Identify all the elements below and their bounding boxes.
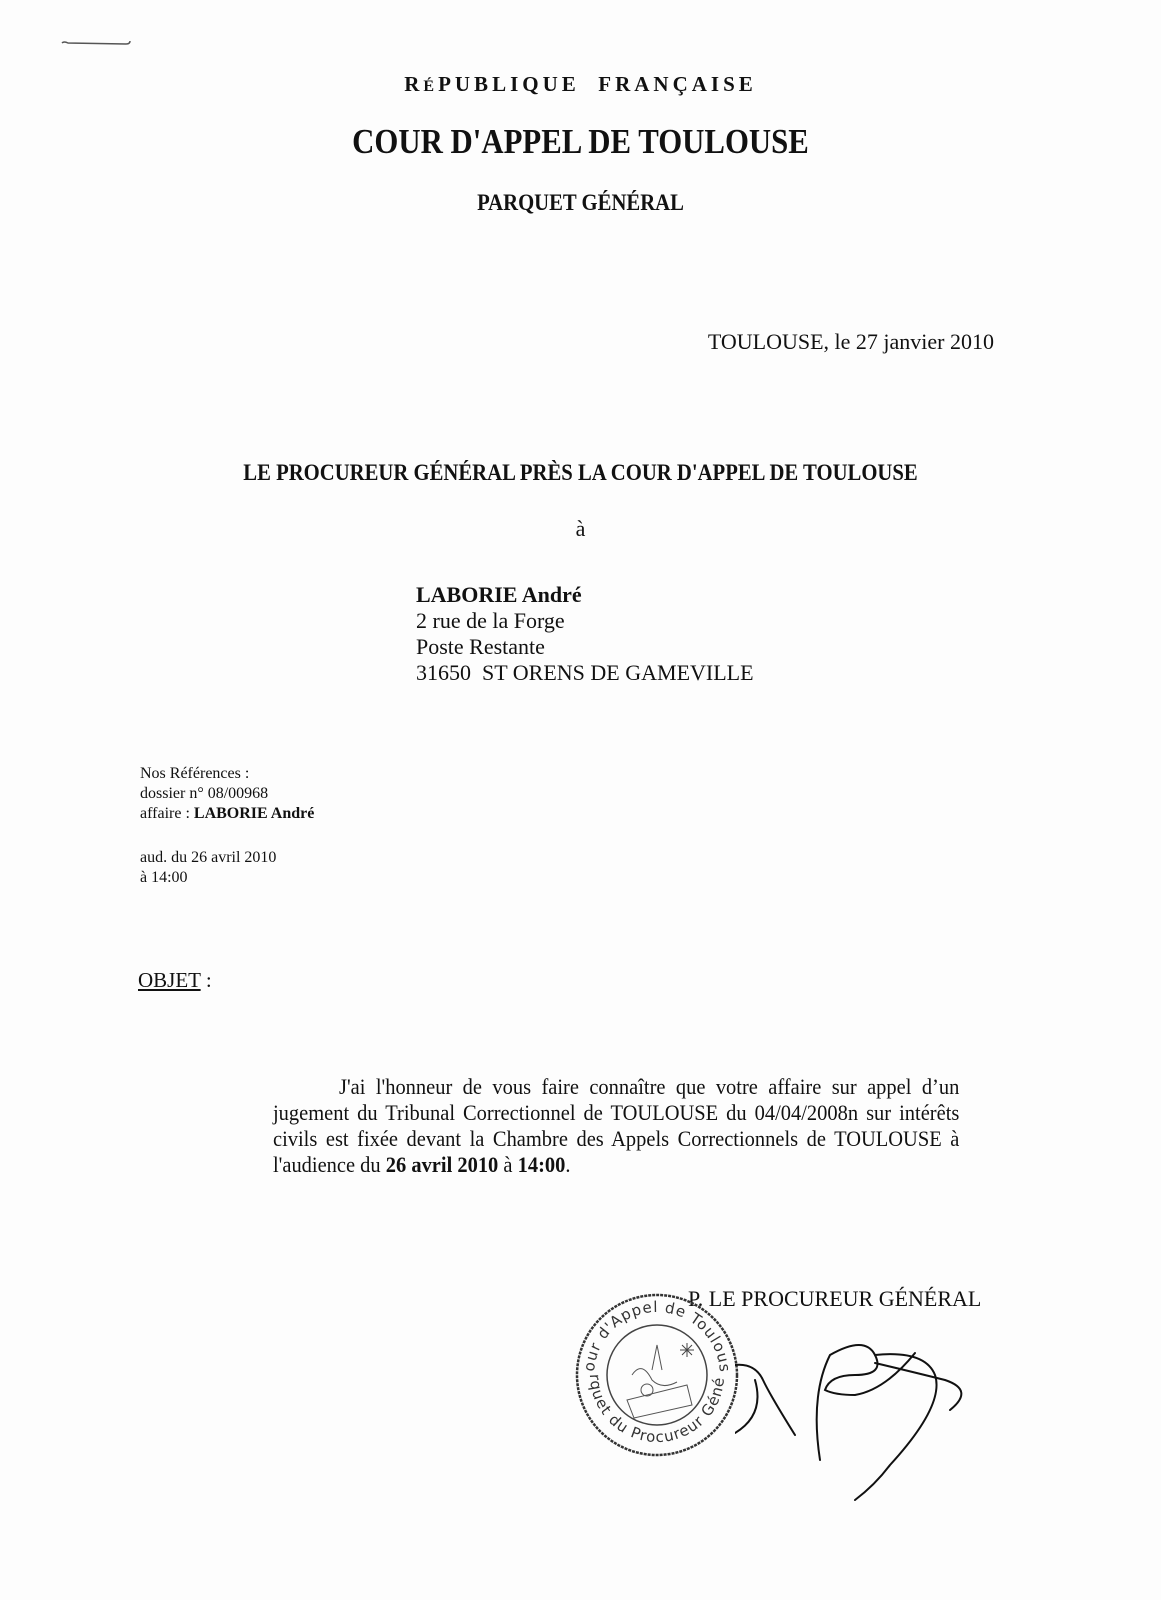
audience-block: aud. du 26 avril 2010 à 14:00 <box>140 848 276 888</box>
svg-text:Cour d'Appel de Toulouse: Cour d'Appel de Toulouse <box>572 1290 734 1374</box>
objet-label: OBJET : <box>138 968 212 993</box>
hearing-time: 14:00 <box>518 1152 566 1177</box>
address-line: 31650 ST ORENS DE GAMEVILLE <box>416 660 754 686</box>
dossier-number: dossier n° 08/00968 <box>140 784 314 804</box>
date-line: TOULOUSE, le 27 janvier 2010 <box>708 329 994 355</box>
letter-body: J'ai l'honneur de vous faire connaître q… <box>273 1074 959 1178</box>
signature-icon <box>735 1335 1015 1505</box>
audience-date: aud. du 26 avril 2010 <box>140 848 276 868</box>
hearing-date: 26 avril 2010 <box>386 1152 499 1177</box>
recipient-name: LABORIE André <box>416 582 754 608</box>
recipient-address: LABORIE André 2 rue de la Forge Poste Re… <box>416 582 754 686</box>
staple-mark <box>60 40 132 46</box>
address-line: 2 rue de la Forge <box>416 608 754 634</box>
to-word: à <box>0 516 1161 542</box>
references-block: Nos Références : dossier n° 08/00968 aff… <box>140 764 314 824</box>
court-title: COUR D'APPEL DE TOULOUSE <box>70 122 1092 162</box>
official-stamp-icon: Cour d'Appel de Toulouse Parquet du Proc… <box>572 1290 742 1460</box>
department-title: PARQUET GÉNÉRAL <box>58 190 1103 216</box>
affaire-name: LABORIE André <box>194 805 314 822</box>
affaire-line: affaire : LABORIE André <box>140 804 314 824</box>
republique-francaise-heading: RÉPUBLIQUE FRANÇAISE <box>0 72 1161 97</box>
audience-time: à 14:00 <box>140 868 276 888</box>
address-line: Poste Restante <box>416 634 754 660</box>
sender-heading: LE PROCUREUR GÉNÉRAL PRÈS LA COUR D'APPE… <box>58 460 1103 486</box>
references-title: Nos Références : <box>140 764 314 784</box>
